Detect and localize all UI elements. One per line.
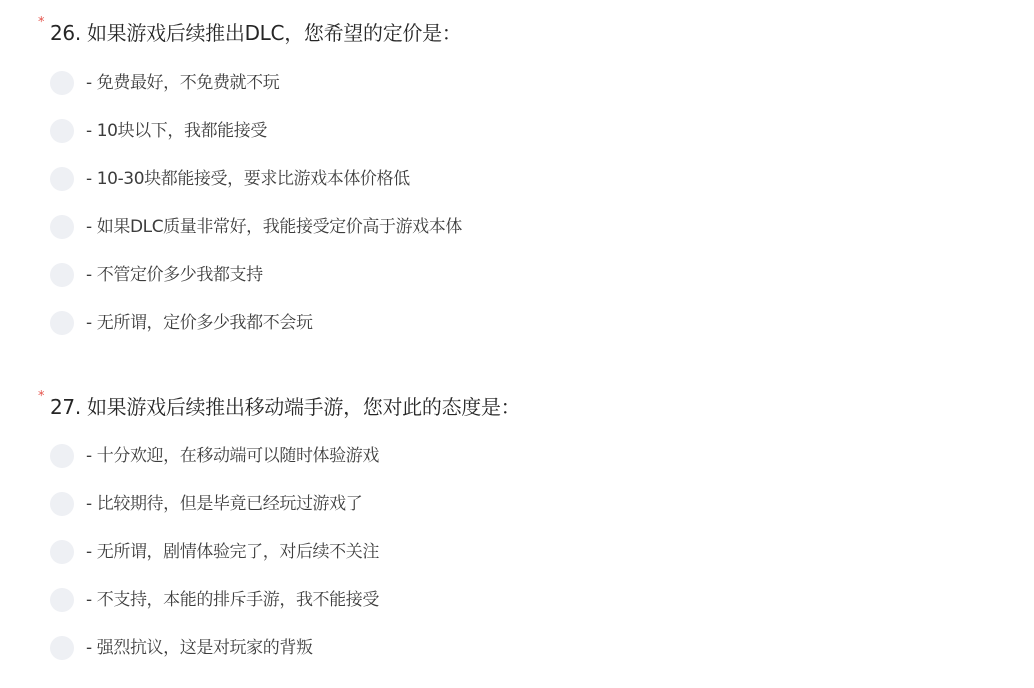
option-27-5[interactable]: - 强烈抗议，这是对玩家的背叛 [50,636,313,660]
radio-button[interactable] [50,588,74,612]
option-label: - 无所谓，定价多少我都不会玩 [86,311,313,335]
option-label: - 10-30块都能接受，要求比游戏本体价格低 [86,167,410,191]
radio-button[interactable] [50,444,74,468]
radio-button[interactable] [50,636,74,660]
question-26-options: - 免费最好，不免费就不玩 [38,71,279,95]
option-label: - 比较期待，但是毕竟已经玩过游戏了 [86,492,362,516]
radio-button[interactable] [50,263,74,287]
required-mark: * [38,389,44,405]
option-26-6[interactable]: - 无所谓，定价多少我都不会玩 [50,311,313,335]
question-text: 如果游戏后续推出移动端手游，您对此的态度是： [87,395,520,419]
question-number: 26. [50,21,81,45]
option-27-3[interactable]: - 无所谓，剧情体验完了，对后续不关注 [50,540,379,564]
question-26: * 26. 如果游戏后续推出DLC，您希望的定价是： [38,19,462,47]
radio-button[interactable] [50,71,74,95]
required-mark: * [38,15,44,31]
radio-button[interactable] [50,311,74,335]
question-27-option-5-row: - 强烈抗议，这是对玩家的背叛 [38,636,313,660]
option-label: - 无所谓，剧情体验完了，对后续不关注 [86,540,379,564]
option-label: - 不管定价多少我都支持 [86,263,263,287]
option-27-4[interactable]: - 不支持，本能的排斥手游，我不能接受 [50,588,379,612]
radio-button[interactable] [50,215,74,239]
option-label: - 免费最好，不免费就不玩 [86,71,279,95]
question-title: * 26. 如果游戏后续推出DLC，您希望的定价是： [38,19,462,47]
option-label: - 如果DLC质量非常好，我能接受定价高于游戏本体 [86,215,462,239]
question-26-option-4-row: - 如果DLC质量非常好，我能接受定价高于游戏本体 [38,215,462,239]
question-27: * 27. 如果游戏后续推出移动端手游，您对此的态度是： [38,393,520,421]
option-26-4[interactable]: - 如果DLC质量非常好，我能接受定价高于游戏本体 [50,215,462,239]
question-26-option-3-row: - 10-30块都能接受，要求比游戏本体价格低 [38,167,410,191]
radio-button[interactable] [50,119,74,143]
option-27-2[interactable]: - 比较期待，但是毕竟已经玩过游戏了 [50,492,362,516]
question-title: * 27. 如果游戏后续推出移动端手游，您对此的态度是： [38,393,520,421]
question-26-option-6-row: - 无所谓，定价多少我都不会玩 [38,311,313,335]
question-number: 27. [50,395,81,419]
option-27-1[interactable]: - 十分欢迎，在移动端可以随时体验游戏 [50,444,379,468]
question-27-option-2-row: - 比较期待，但是毕竟已经玩过游戏了 [38,492,362,516]
question-text: 如果游戏后续推出DLC，您希望的定价是： [87,21,462,45]
option-26-2[interactable]: - 10块以下，我都能接受 [50,119,267,143]
option-26-5[interactable]: - 不管定价多少我都支持 [50,263,263,287]
option-26-3[interactable]: - 10-30块都能接受，要求比游戏本体价格低 [50,167,410,191]
question-27-option-3-row: - 无所谓，剧情体验完了，对后续不关注 [38,540,379,564]
radio-button[interactable] [50,540,74,564]
option-label: - 不支持，本能的排斥手游，我不能接受 [86,588,379,612]
radio-button[interactable] [50,492,74,516]
radio-button[interactable] [50,167,74,191]
option-label: - 十分欢迎，在移动端可以随时体验游戏 [86,444,379,468]
option-label: - 强烈抗议，这是对玩家的背叛 [86,636,313,660]
question-26-option-5-row: - 不管定价多少我都支持 [38,263,263,287]
question-27-option-4-row: - 不支持，本能的排斥手游，我不能接受 [38,588,379,612]
question-27-option-1-row: - 十分欢迎，在移动端可以随时体验游戏 [38,444,379,468]
option-26-1[interactable]: - 免费最好，不免费就不玩 [50,71,279,95]
question-26-option-2-row: - 10块以下，我都能接受 [38,119,267,143]
option-label: - 10块以下，我都能接受 [86,119,267,143]
